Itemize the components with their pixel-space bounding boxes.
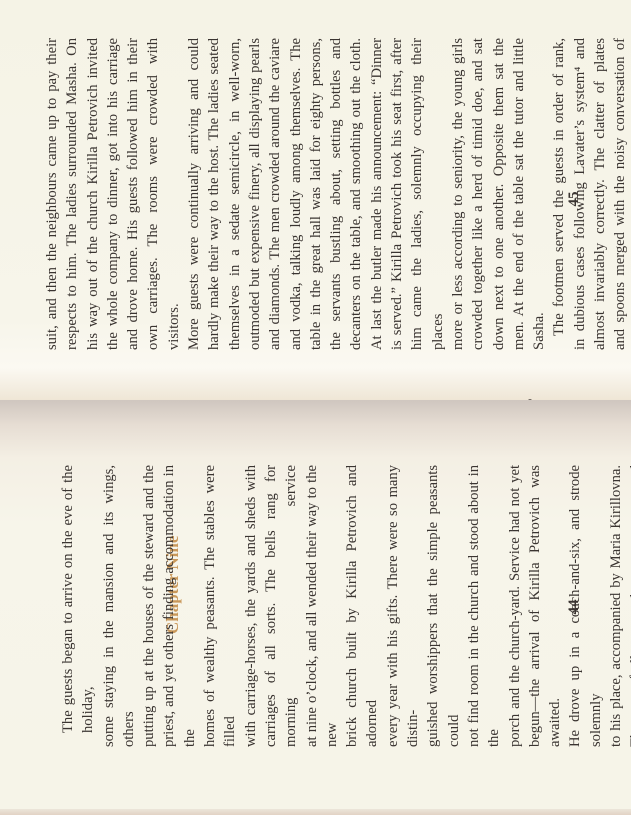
text-line: suit, and then the neighbours came up to… <box>42 38 62 350</box>
page-number-45: 45 <box>566 184 583 214</box>
text-line: him came the ladies, solemnly occupying … <box>407 38 448 350</box>
text-line: and drove home. His guests followed him … <box>123 38 143 350</box>
text-line: begun—the arrival of Kirilla Petrovich w… <box>525 465 566 747</box>
text-line: hardly make their way to the host. The l… <box>204 38 224 350</box>
text-line: homes of wealthy peasants. The stables w… <box>200 465 241 747</box>
text-line: crowded together like a herd of timid do… <box>468 38 488 350</box>
text-line: porch and the church-yard. Service had n… <box>505 465 525 747</box>
page-45-text: suit, and then the neighbours came up to… <box>42 38 631 350</box>
text-line: respects to him. The ladies surrounded M… <box>62 38 82 350</box>
page-44-rotated-content: The guests began to arrive on the eve of… <box>58 465 631 747</box>
page-44-text: The guests began to arrive on the eve of… <box>58 465 631 747</box>
text-line: and spoons merged with the noisy convers… <box>610 38 631 350</box>
text-line: The guests began to arrive on the eve of… <box>58 465 99 747</box>
text-line: More guests were continually arriving an… <box>184 38 204 350</box>
text-line: own carriages. The rooms were crowded wi… <box>143 38 184 350</box>
book-scan: suit, and then the neighbours came up to… <box>0 0 631 815</box>
text-line: every year with his gifts. There were so… <box>383 465 424 747</box>
text-line: and diamonds. The men crowded around the… <box>265 38 285 350</box>
text-line: more or less according to seniority, the… <box>448 38 468 350</box>
text-line: the whole company to dinner, got into hi… <box>103 38 123 350</box>
text-line: and vodka, talking loudly among themselv… <box>286 38 306 350</box>
text-line: almost invariably correctly. The clatter… <box>590 38 610 350</box>
text-line: putting up at the houses of the steward … <box>139 465 159 747</box>
text-line: with carriage-horses, the yards and shed… <box>241 465 261 747</box>
text-line: some staying in the mansion and its wing… <box>99 465 140 747</box>
page-44-number-wrap: 44 <box>566 592 583 622</box>
text-line: men. At the end of the table sat the tut… <box>509 38 529 350</box>
text-line: his way out of the church Kirilla Petrov… <box>83 38 103 350</box>
text-line: carriages of all sorts. The bells rang f… <box>261 465 302 747</box>
text-line: The eyes of all, men and women, were tur… <box>626 465 631 747</box>
text-line: table in the great hall was laid for eig… <box>306 38 326 350</box>
text-line: not find room in the church and stood ab… <box>464 465 505 747</box>
text-line: brick church built by Kirilla Petrovich … <box>342 465 383 747</box>
text-line: decanters on the table, and smoothing ou… <box>346 38 366 350</box>
text-line: At last the butler made his announcement… <box>367 38 387 350</box>
page-45: suit, and then the neighbours came up to… <box>0 0 631 400</box>
text-line: the servants bustling about, setting bot… <box>326 38 346 350</box>
text-line: themselves in a sedate semicircle, in we… <box>225 38 245 350</box>
text-line: at nine o’clock, and all wended their wa… <box>302 465 343 747</box>
page-44: Chapter Nine The guests began to arrive … <box>0 400 631 815</box>
page-45-number-wrap: 45 <box>566 184 583 214</box>
text-line: to his place, accompanied by Maria Kiril… <box>606 465 626 747</box>
text-line: guished worshippers that the simple peas… <box>423 465 464 747</box>
page-number-44: 44 <box>566 592 583 622</box>
page-45-rotated-content: suit, and then the neighbours came up to… <box>42 38 631 350</box>
scan-bottom-edge <box>0 809 631 815</box>
text-line: priest, and yet others finding accommoda… <box>159 465 200 747</box>
text-line: outmoded but expensive finery, all displ… <box>245 38 265 350</box>
text-line: is served.” Kirilla Petrovich took his s… <box>387 38 407 350</box>
text-line: down next to one another. Opposite them … <box>489 38 509 350</box>
text-line: Sasha. <box>529 38 549 350</box>
